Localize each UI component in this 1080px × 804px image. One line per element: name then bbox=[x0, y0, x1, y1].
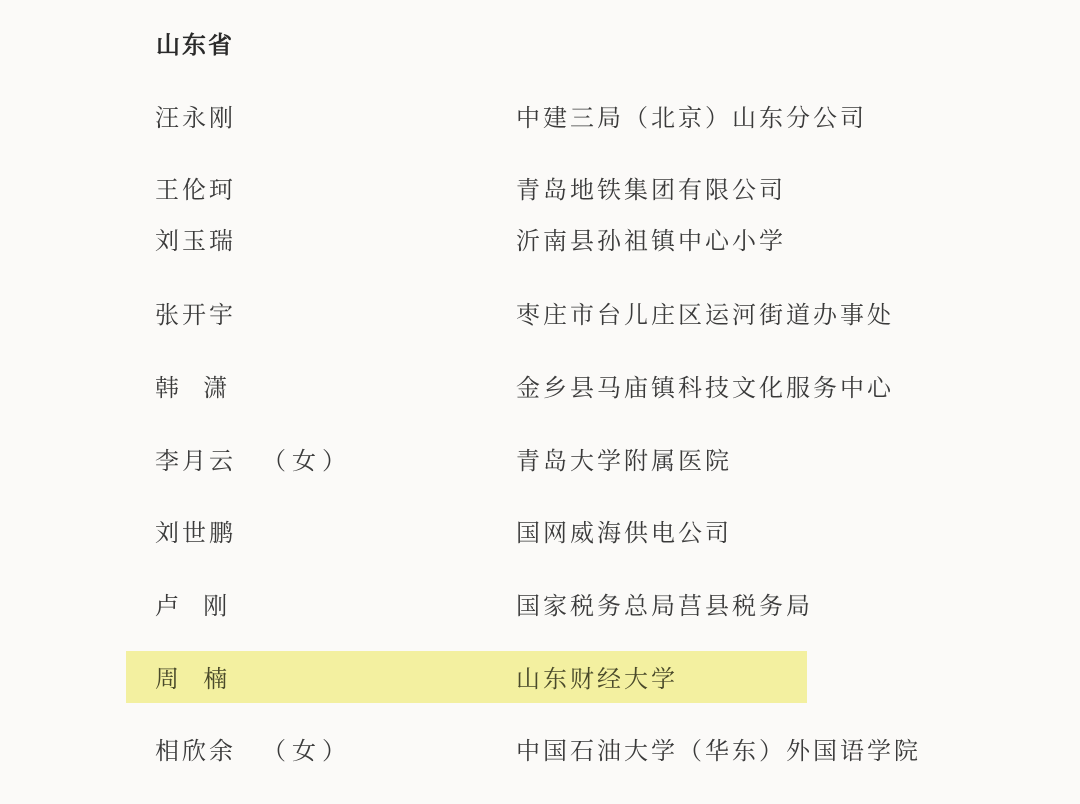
person-name: 相欣余 bbox=[155, 731, 236, 771]
organization: 山东财经大学 bbox=[516, 659, 678, 699]
organization: 青岛大学附属医院 bbox=[516, 441, 732, 481]
person-name: 张开宇 bbox=[155, 295, 236, 335]
document-page: 山东省 汪永刚 中建三局（北京）山东分公司 王伦珂 青岛地铁集团有限公司 刘玉瑞… bbox=[0, 0, 1080, 804]
list-item: 张开宇 枣庄市台儿庄区运河街道办事处 bbox=[0, 295, 1080, 335]
gender-note: （女） bbox=[262, 731, 352, 771]
organization: 中国石油大学（华东）外国语学院 bbox=[516, 731, 921, 771]
list-item: 刘玉瑞 沂南县孙祖镇中心小学 bbox=[0, 221, 1080, 261]
person-name: 刘玉瑞 bbox=[155, 221, 236, 261]
organization: 青岛地铁集团有限公司 bbox=[516, 170, 786, 210]
list-item: 李月云 （女） 青岛大学附属医院 bbox=[0, 441, 1080, 481]
section-title-province: 山东省 bbox=[156, 28, 234, 62]
gender-note: （女） bbox=[262, 441, 352, 481]
person-name: 周 楠 bbox=[155, 659, 230, 699]
list-item: 王伦珂 青岛地铁集团有限公司 bbox=[0, 170, 1080, 210]
organization: 金乡县马庙镇科技文化服务中心 bbox=[516, 368, 894, 408]
person-name: 李月云 bbox=[155, 441, 236, 481]
list-item: 相欣余 （女） 中国石油大学（华东）外国语学院 bbox=[0, 731, 1080, 771]
organization: 国网威海供电公司 bbox=[516, 513, 732, 553]
list-item: 卢 刚 国家税务总局莒县税务局 bbox=[0, 586, 1080, 626]
organization: 枣庄市台儿庄区运河街道办事处 bbox=[516, 295, 894, 335]
organization: 沂南县孙祖镇中心小学 bbox=[516, 221, 786, 261]
list-item: 汪永刚 中建三局（北京）山东分公司 bbox=[0, 98, 1080, 138]
list-item: 刘世鹏 国网威海供电公司 bbox=[0, 513, 1080, 553]
organization: 中建三局（北京）山东分公司 bbox=[516, 98, 867, 138]
person-name: 刘世鹏 bbox=[155, 513, 236, 553]
list-item: 韩 潇 金乡县马庙镇科技文化服务中心 bbox=[0, 368, 1080, 408]
person-name: 汪永刚 bbox=[155, 98, 236, 138]
person-name: 卢 刚 bbox=[155, 586, 230, 626]
organization: 国家税务总局莒县税务局 bbox=[516, 586, 813, 626]
list-item-highlighted: 周 楠 山东财经大学 bbox=[0, 659, 1080, 699]
person-name: 王伦珂 bbox=[155, 170, 236, 210]
person-name: 韩 潇 bbox=[155, 368, 230, 408]
